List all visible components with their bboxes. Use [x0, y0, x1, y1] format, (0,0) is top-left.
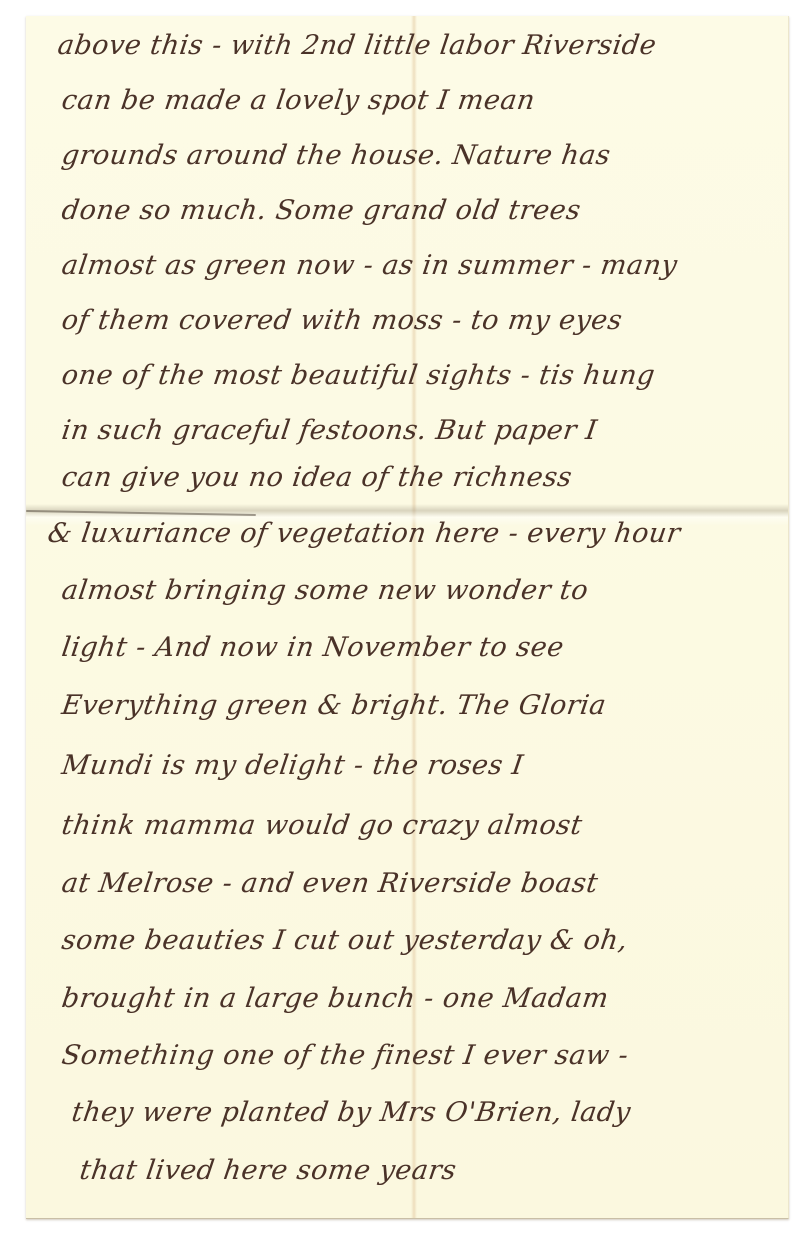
- text-line-11: almost bringing some new wonder to: [60, 575, 591, 606]
- text-line-17: some beauties I cut out yesterday & oh,: [60, 925, 630, 956]
- text-line-9: can give you no idea of the richness: [60, 462, 574, 493]
- text-line-21: that lived here some years: [78, 1155, 459, 1186]
- text-line-19: Something one of the finest I ever saw -: [60, 1040, 631, 1071]
- text-line-16: at Melrose - and even Riverside boast: [60, 868, 600, 899]
- text-line-5: almost as green now - as in summer - man…: [60, 250, 680, 281]
- text-line-10: & luxuriance of vegetation here - every …: [46, 518, 683, 549]
- text-line-18: brought in a large bunch - one Madam: [60, 983, 611, 1014]
- text-line-20: they were planted by Mrs O'Brien, lady: [70, 1097, 633, 1128]
- letter-page: above this - with 2nd little labor River…: [26, 16, 789, 1219]
- text-line-12: light - And now in November to see: [60, 632, 566, 663]
- text-line-4: done so much. Some grand old trees: [60, 195, 583, 226]
- text-line-8: in such graceful festoons. But paper I: [60, 415, 599, 446]
- text-line-3: grounds around the house. Nature has: [60, 140, 613, 171]
- text-line-2: can be made a lovely spot I mean: [60, 85, 537, 116]
- text-line-7: one of the most beautiful sights - tis h…: [60, 360, 657, 391]
- text-line-13: Everything green & bright. The Gloria: [60, 690, 608, 721]
- handwritten-text-block: above this - with 2nd little labor River…: [26, 16, 788, 1218]
- text-line-6: of them covered with moss - to my eyes: [60, 305, 625, 336]
- text-line-1: above this - with 2nd little labor River…: [56, 30, 659, 61]
- text-line-14: Mundi is my delight - the roses I: [60, 750, 526, 781]
- text-line-15: think mamma would go crazy almost: [60, 810, 585, 841]
